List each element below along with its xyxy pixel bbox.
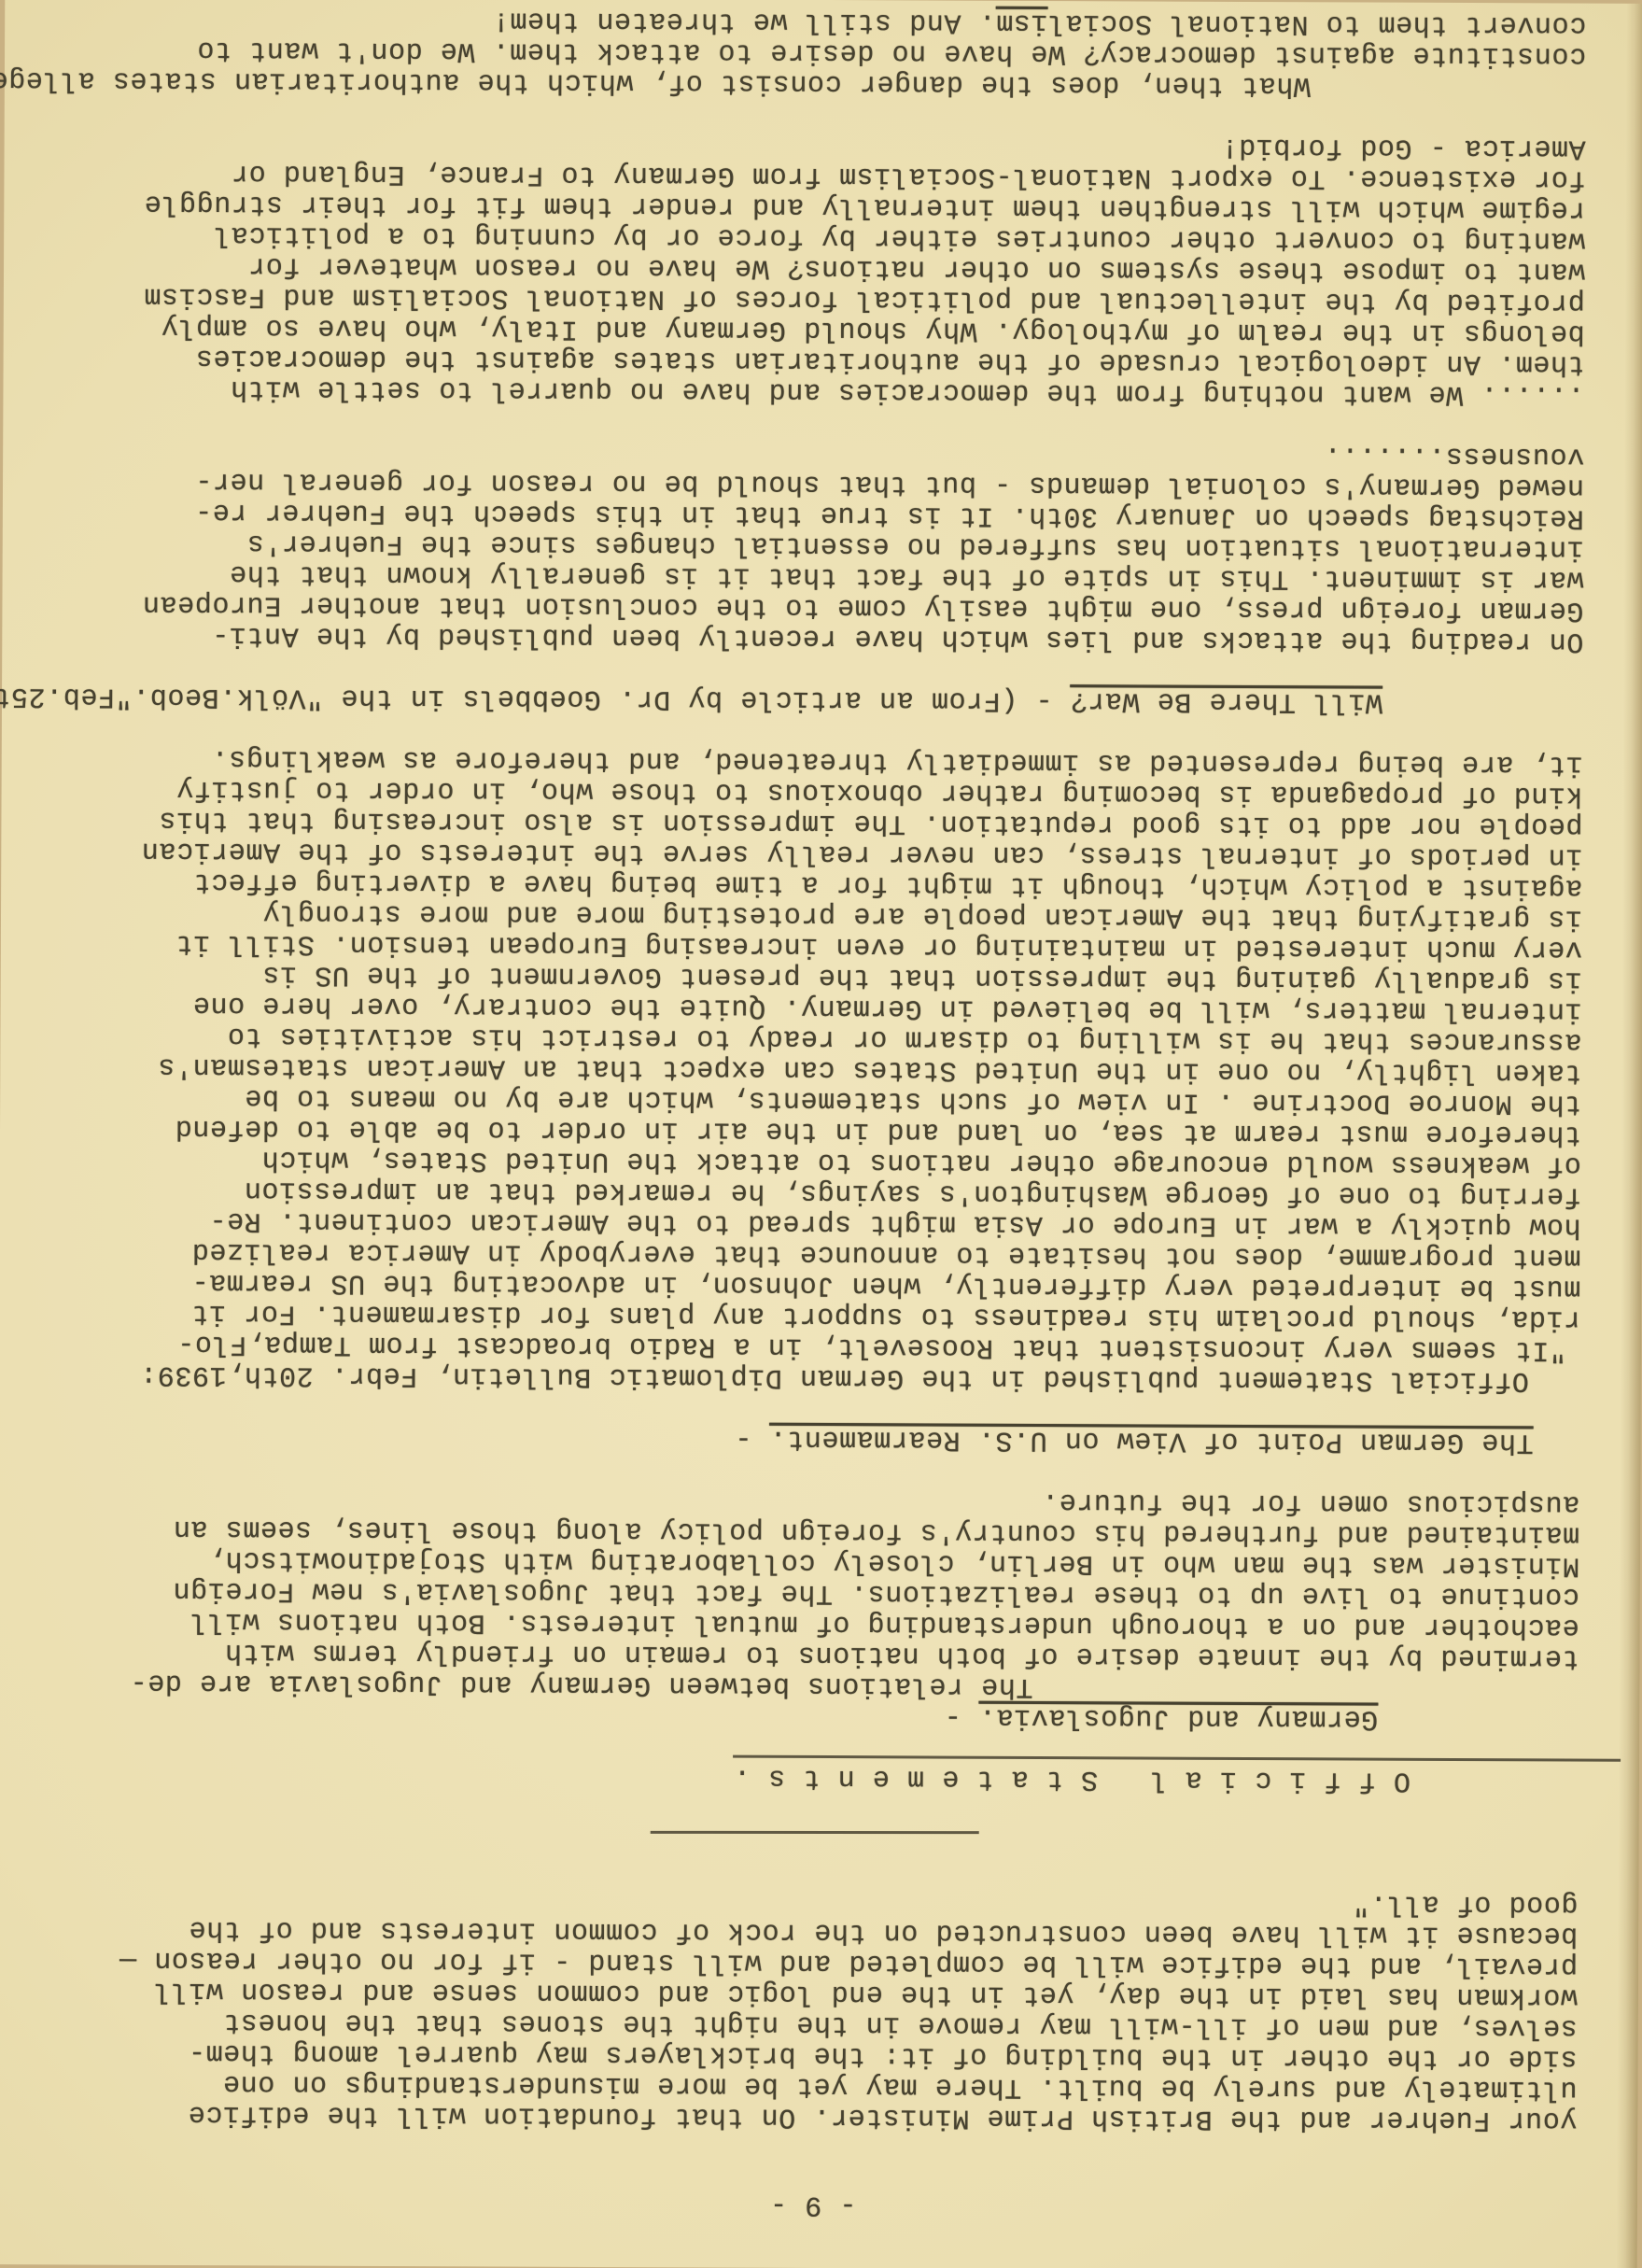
scanned-page: - 9 - your Fuehrer and the British Prime…: [0, 0, 1642, 2268]
text-run: convert them to National Social: [1047, 7, 1586, 41]
document-line: it, are being represented as immediatly …: [56, 741, 1583, 779]
document-line: Germany and Jugoslavia. -: [51, 1697, 1378, 1733]
text-run: O f f i c i a l S t a t e m e n t s .: [733, 1762, 1410, 1796]
document-line: The relations between Germany and Jugosl…: [51, 1666, 1032, 1701]
text-run: . And still we threaten them!: [492, 4, 996, 37]
text-run: - 9 -: [769, 2189, 856, 2220]
text-run: -: [944, 1701, 978, 1733]
text-run: vousness.......: [1324, 439, 1584, 472]
text-run: it, are being represented as immediatly …: [211, 742, 1583, 780]
underlined-text: Will There Be War?: [1070, 684, 1382, 717]
document-line: Will There Be War? - (From an article by…: [56, 680, 1382, 716]
text-run: auspicious omen for the future.: [1042, 1486, 1580, 1520]
document-line: The German Point of View on U.S. Rearmam…: [53, 1419, 1534, 1457]
underlined-text: The German Point of View on U.S. Rearmam…: [769, 1423, 1534, 1458]
divider-rule: [651, 1831, 979, 1834]
text-run: good of all.": [1352, 1887, 1578, 1920]
text-run: America - God forbid!: [1221, 131, 1586, 164]
heading-underline-wrap: O f f i c i a l S t a t e m e n t s .: [733, 1755, 1621, 1796]
text-run: - (From an article by Dr. Goebbels in th…: [0, 680, 1070, 716]
document-line: because it will have been constructed on…: [50, 1912, 1578, 1950]
underlined-text: ism: [996, 7, 1048, 38]
underlined-text: Germany and Jugoslavia.: [978, 1701, 1378, 1735]
text-run: -: [735, 1423, 769, 1455]
text-run: The relations between Germany and Jugosl…: [130, 1667, 1032, 1702]
page-number: - 9 -: [49, 2185, 1577, 2222]
document-lines: - 9 - your Fuehrer and the British Prime…: [0, 0, 1642, 2268]
